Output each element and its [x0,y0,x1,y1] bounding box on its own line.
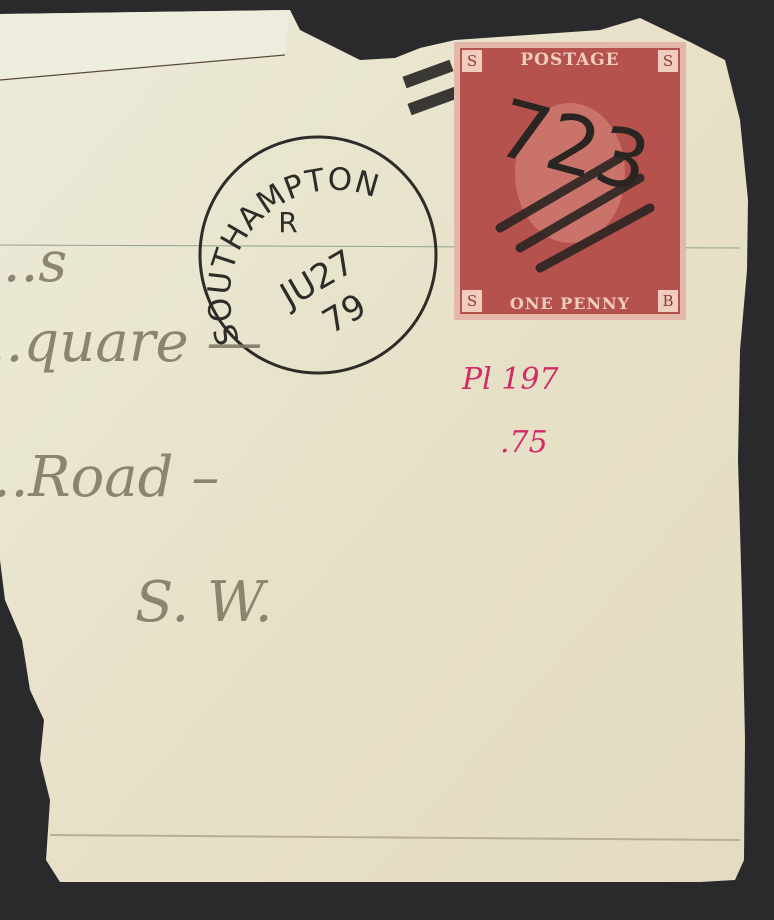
envelope-scene: POSTAGE S S S B ONE PENNY 723 SOUTHAMPTO… [0,0,774,920]
postmark-code: R [278,206,297,239]
address-line-2: ...quare — [0,310,262,375]
address-line-3: ...Road – [0,445,219,510]
plate-note: Pl 197 [462,362,559,397]
price-note: .75 [500,425,548,460]
address-line-1: ...s [0,230,67,295]
address-line-4: S. W. [135,570,273,635]
